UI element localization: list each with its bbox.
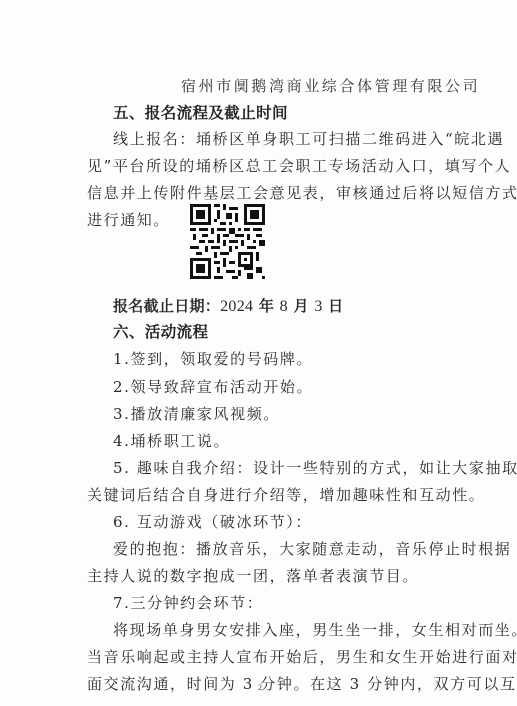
company-signature: 宿州市阒鹅湾商业综合体管理有限公司 [181,76,517,96]
list-item: 3.播放清廉家风视频。 [113,404,442,424]
section-5-heading: 五、报名流程及截止时间 [113,103,442,123]
page-number: 2 [258,683,262,692]
document-page: 宿州市阒鹅湾商业综合体管理有限公司 五、报名流程及截止时间 线上报名：埇桥区单身… [0,0,517,706]
list-item: 5. 趣味自我介绍：设计一些特别的方式，如让大家抽取 [113,458,442,478]
paragraph-line: 信息并上传附件基层工会意见表，审核通过后将以短信方式 [87,183,442,203]
deadline-month-unit: 月 [288,297,314,315]
list-item: 6. 互动游戏（破冰环节）： [113,512,442,532]
deadline-month: 8 [280,298,288,315]
paragraph-line: 线上报名：埇桥区单身职工可扫描二维码进入“皖北遇 [113,129,442,149]
list-item: 当音乐响起或主持人宣布开始后，男生和女生开始进行面对 [87,647,442,667]
list-item: 2.领导致辞宣布活动开始。 [113,377,442,397]
qr-code[interactable] [190,203,265,280]
paragraph-line: 见”平台所设的埇桥区总工会职工专场活动入口，填写个人 [87,156,442,176]
list-item: 4.埇桥职工说。 [113,431,442,451]
list-item: 关键词后结合自身进行介绍等，增加趣味性和互动性。 [87,485,442,505]
deadline-year: 2024 [220,298,253,315]
section-6-heading: 六、活动流程 [113,322,442,342]
deadline-day: 3 [314,298,322,315]
list-item: 1.签到，领取爱的号码牌。 [113,349,442,369]
list-item: 7.三分钟约会环节： [113,593,442,613]
list-item: 爱的抱抱：播放音乐，大家随意走动，音乐停止时根据 [113,539,442,559]
registration-deadline: 报名截止日期：2024 年 8 月 3 日 [113,296,442,317]
deadline-label: 报名截止日期： [113,297,220,315]
deadline-year-unit: 年 [253,297,279,315]
list-item: 面交流沟通，时间为 3 分钟。在这 3 分钟内，双方可以互 [87,674,442,694]
deadline-day-unit: 日 [323,297,344,315]
list-item: 主持人说的数字抱成一团，落单者表演节目。 [87,566,442,586]
qr-code-icon [190,203,265,280]
list-item: 将现场单身男女安排入座，男生坐一排，女生相对而坐。 [113,620,442,640]
